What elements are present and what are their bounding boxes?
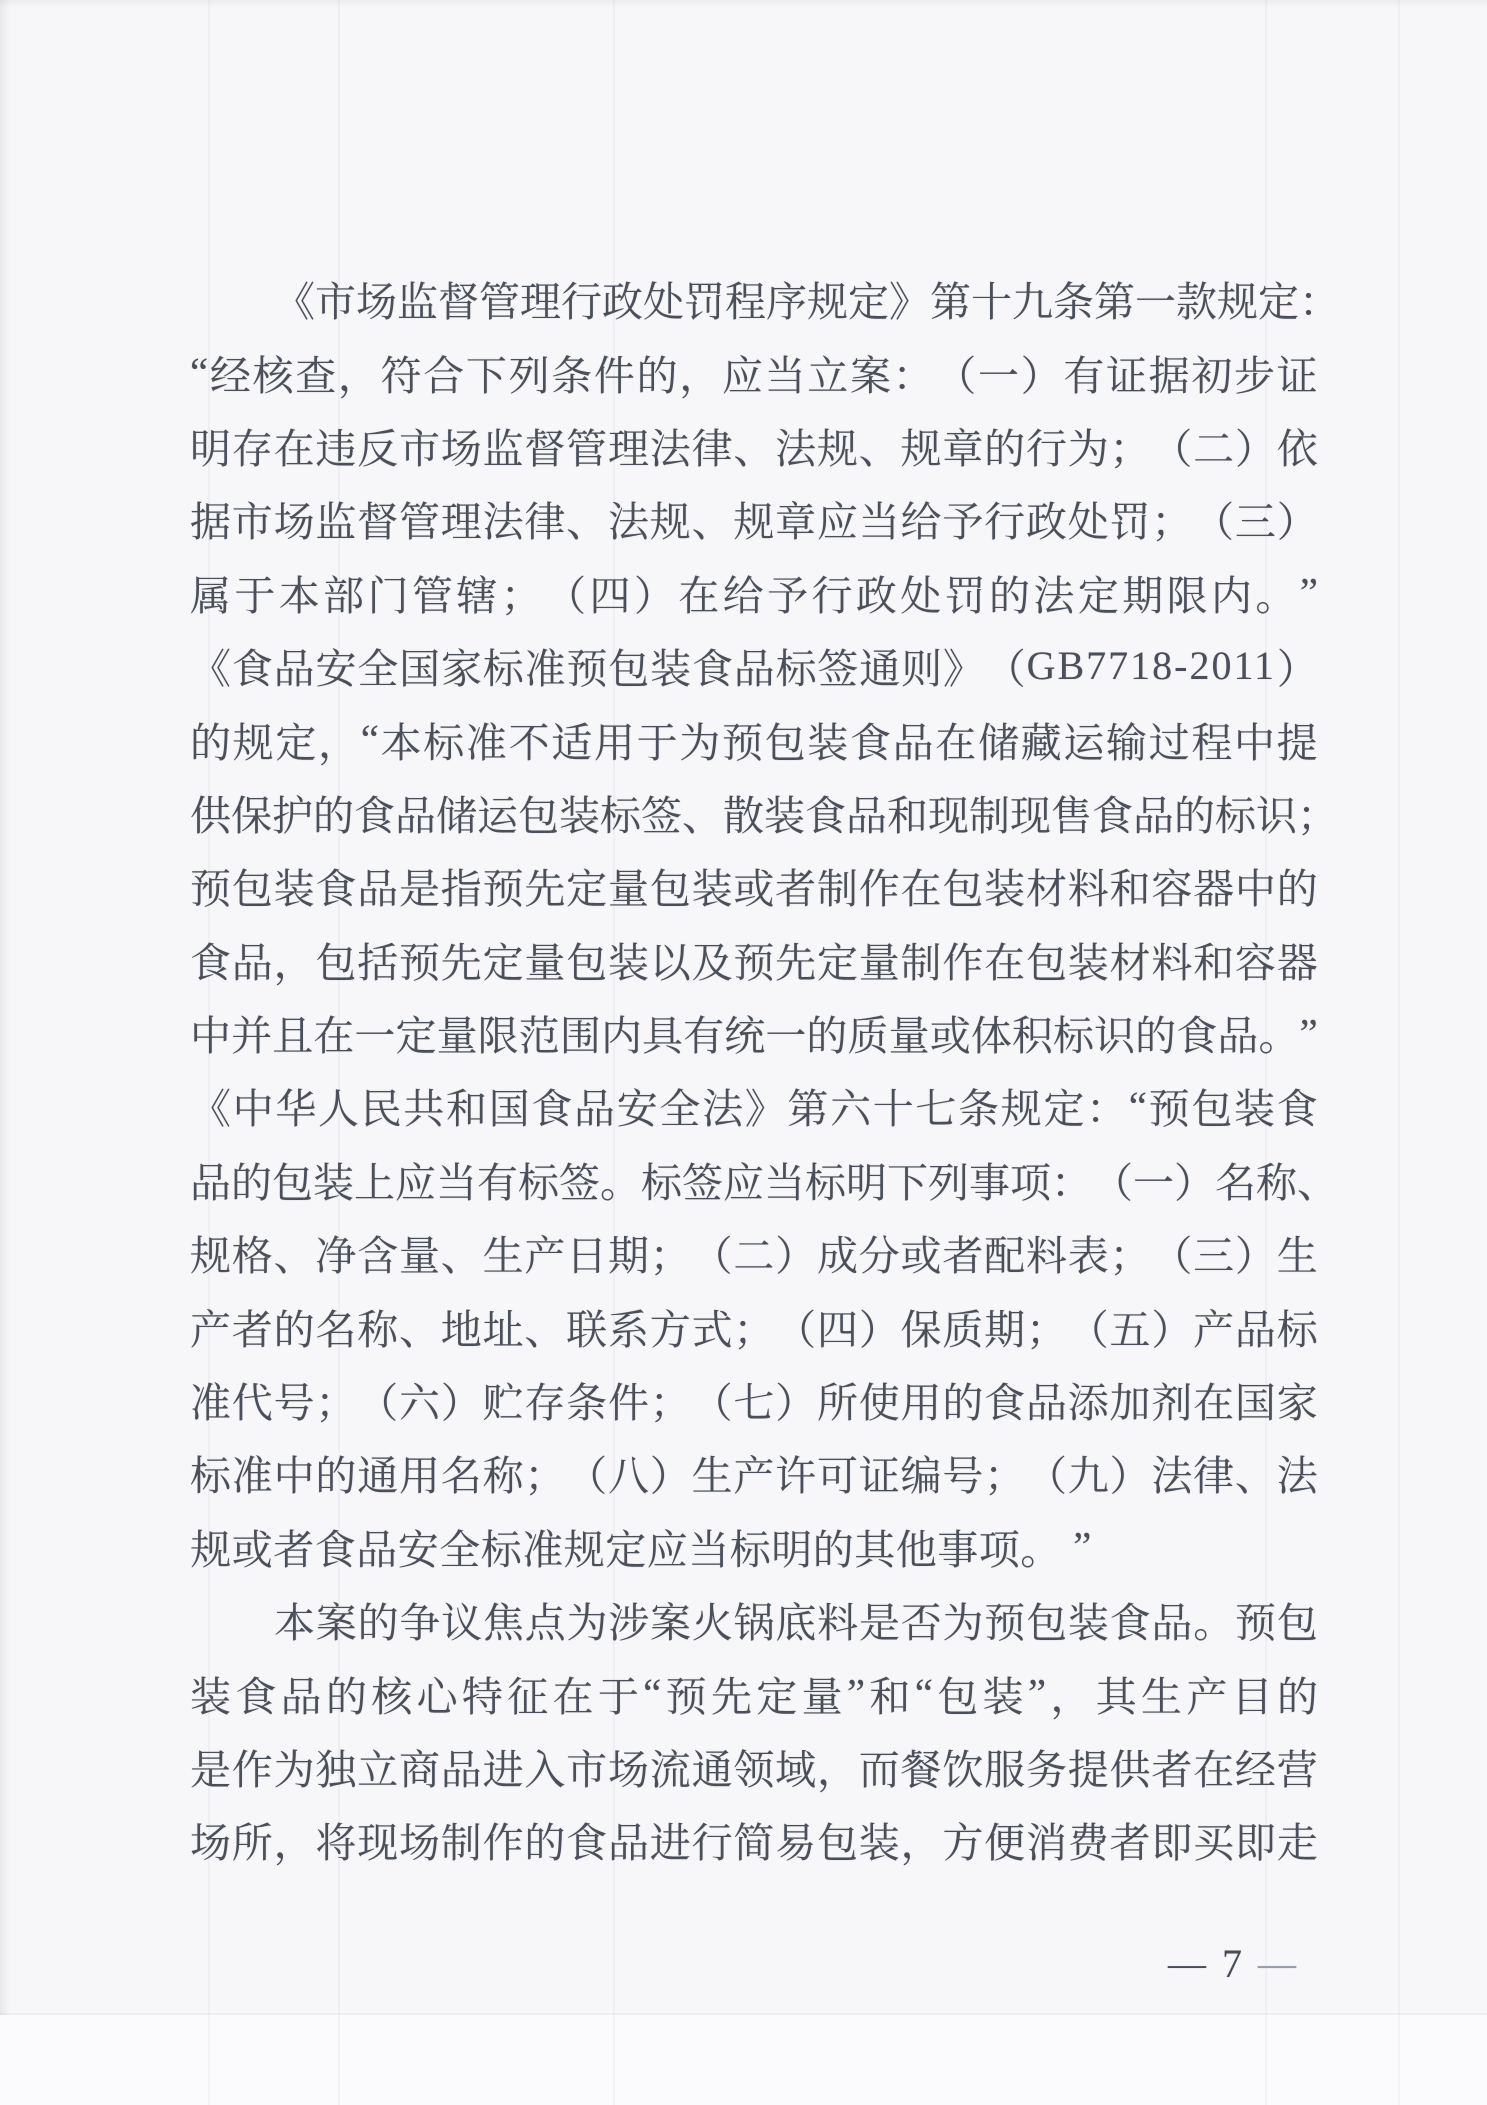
text-line: 规或者食品安全标准规定应当标明的其他事项。” [190, 1510, 1318, 1583]
body-text: 《市场监督管理行政处罚程序规定》第十九条第一款规定：“经核查，符合下列条件的，应… [190, 262, 1318, 1877]
text-line: 准代号；（六）贮存条件；（七）所使用的食品添加剂在国家 [190, 1363, 1318, 1436]
text-line: 《市场监督管理行政处罚程序规定》第十九条第一款规定： [190, 262, 1318, 335]
text-line: 标准中的通用名称；（八）生产许可证编号；（九）法律、法 [190, 1436, 1318, 1509]
scan-edge-shadow-top [0, 0, 1487, 8]
text-line: “经核查，符合下列条件的，应当立案：（一）有证据初步证 [190, 335, 1318, 408]
text-line: 本案的争议焦点为涉案火锅底料是否为预包装食品。预包 [190, 1583, 1318, 1656]
text-line: 属于本部门管辖；（四）在给予行政处罚的法定期限内。” [190, 556, 1318, 629]
page-number-dash-left: — [1168, 1942, 1206, 1986]
text-line: 预包装食品是指预先定量包装或者制作在包装材料和容器中的 [190, 849, 1318, 922]
scan-edge-shadow-left [0, 0, 10, 2105]
scan-streak [1398, 0, 1400, 2105]
text-line: 装食品的核心特征在于“预先定量”和“包装”，其生产目的 [190, 1656, 1318, 1729]
text-line: 据市场监督管理法律、法规、规章应当给予行政处罚；（三） [190, 482, 1318, 555]
text-line: 的规定，“本标准不适用于为预包装食品在储藏运输过程中提 [190, 702, 1318, 775]
text-line: 品的包装上应当有标签。标签应当标明下列事项：（一）名称、 [190, 1143, 1318, 1216]
text-line: 供保护的食品储运包装标签、散装食品和现制现售食品的标识； [190, 776, 1318, 849]
scan-bottom-strip [0, 2015, 1487, 2105]
text-line: 明存在违反市场监督管理法律、法规、规章的行为；（二）依 [190, 409, 1318, 482]
scanned-document-page: { "page": { "background": "#f7f7f9", "in… [0, 0, 1487, 2105]
scan-fold-line [0, 2013, 1487, 2015]
text-line: 是作为独立商品进入市场流通领域，而餐饮服务提供者在经营 [190, 1730, 1318, 1803]
text-line: 场所，将现场制作的食品进行简易包装，方便消费者即买即走 [190, 1803, 1318, 1876]
text-line: 《食品安全国家标准预包装食品标签通则》（GB7718-2011） [190, 629, 1318, 702]
text-line: 规格、净含量、生产日期；（二）成分或者配料表；（三）生 [190, 1216, 1318, 1289]
page-number: — 7 — [1168, 1940, 1296, 1987]
text-line: 产者的名称、地址、联系方式；（四）保质期；（五）产品标 [190, 1289, 1318, 1362]
page-number-dash-right: — [1258, 1942, 1296, 1986]
text-line: 食品，包括预先定量包装以及预先定量制作在包装材料和容器 [190, 923, 1318, 996]
text-line: 中并且在一定量限范围内具有统一的质量或体积标识的食品。” [190, 996, 1318, 1069]
text-line: 《中华人民共和国食品安全法》第六十七条规定：“预包装食 [190, 1069, 1318, 1142]
page-number-value: 7 [1222, 1940, 1242, 1987]
